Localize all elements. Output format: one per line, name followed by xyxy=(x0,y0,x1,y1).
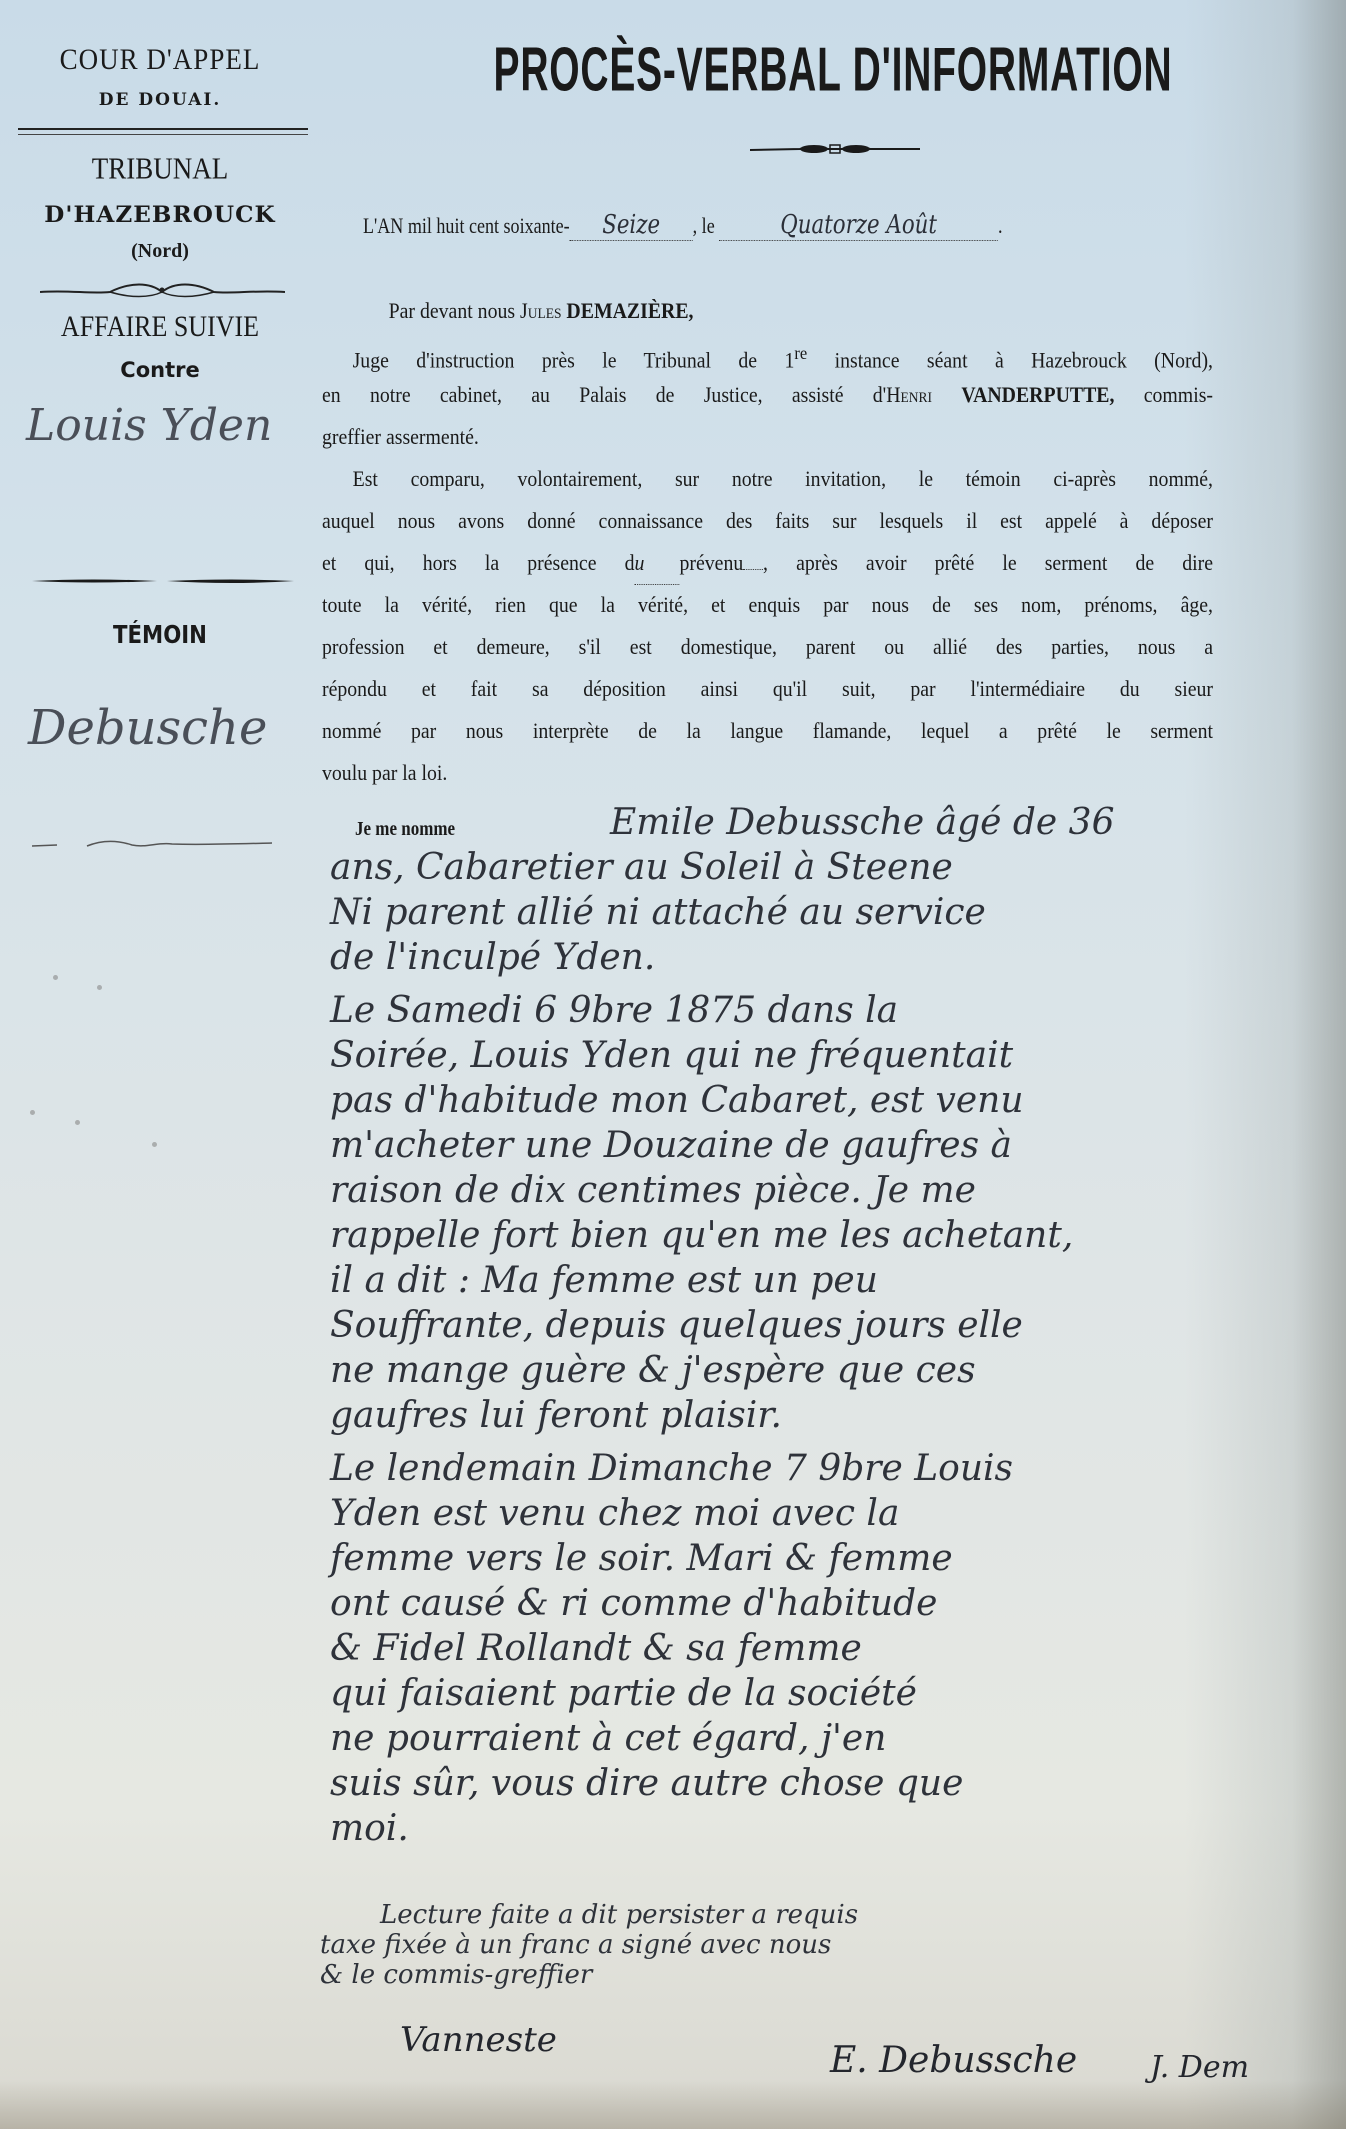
judge-last-name: DEMAZIÈRE, xyxy=(566,298,693,323)
preamble-paragraph-3: Est comparu, volontairement, sur notre i… xyxy=(322,458,1213,794)
text: toute la vérité, rien que la vérité, et … xyxy=(322,584,1213,626)
document-title: PROCÈS-VERBAL D'INFORMATION xyxy=(433,33,1233,106)
ornamental-flourish-icon xyxy=(40,280,285,304)
tribunal-city: D'HAZEBROUCK xyxy=(0,202,328,228)
deposition-line: m'acheter une Douzaine de gaufres à xyxy=(330,1123,1340,1168)
date-prefix: L'AN mil huit cent soixante- xyxy=(363,213,570,238)
main-form: PROCÈS-VERBAL D'INFORMATION L'AN mil hui… xyxy=(320,0,1346,2129)
deposition-line: raison de dix centimes pièce. Je me xyxy=(330,1168,1340,1213)
greffier-signature: Vanneste xyxy=(400,2020,557,2060)
text: voulu par la loi. xyxy=(322,752,1213,794)
deposition-line: Ni parent allié ni attaché au service xyxy=(330,890,1340,935)
tapered-rule-divider xyxy=(32,576,294,586)
deposition-line: il a dit : Ma femme est un peu xyxy=(330,1258,1340,1303)
deposition-line: ans, Cabaretier au Soleil à Steene xyxy=(330,845,1340,890)
closing-line: taxe fixée à un franc a signé avec nous xyxy=(320,1930,1330,1960)
article-field[interactable]: u xyxy=(634,542,679,585)
department-label: (Nord) xyxy=(0,240,320,263)
preamble-paragraph-2: Juge d'instruction près le Tribunal de 1… xyxy=(322,332,1213,458)
text: auquel nous avons donné connaissance des… xyxy=(322,500,1213,542)
contre-label: Contre xyxy=(0,358,320,382)
clerk-last-name: VANDERPUTTE, xyxy=(961,382,1114,407)
paper-spot xyxy=(75,1120,80,1125)
witness-name-handwritten: Debusche xyxy=(28,700,267,756)
paper-spot xyxy=(30,1110,35,1115)
clerk-first-name: Henri xyxy=(886,382,932,407)
deposition-line: Le lendemain Dimanche 7 9bre Louis xyxy=(330,1446,1340,1491)
text: et qui, hors la présence d xyxy=(322,550,634,575)
deposition-line: femme vers le soir. Mari & femme xyxy=(330,1536,1340,1581)
text: profession et demeure, s'il est domestiq… xyxy=(322,626,1213,668)
closing-statement: Lecture faite a dit persister a requis t… xyxy=(320,1900,1330,1990)
text: en notre cabinet, au Palais de Justice, … xyxy=(322,382,886,407)
text: prévenu xyxy=(679,550,743,575)
day-field[interactable]: Quatorze Août xyxy=(719,210,998,241)
deposition-line: moi. xyxy=(330,1806,1340,1851)
margin-column: COUR D'APPEL DE DOUAI. TRIBUNAL D'HAZEBR… xyxy=(0,0,320,2129)
deposition-line: pas d'habitude mon Cabaret, est venu xyxy=(330,1078,1340,1123)
deposition-line: Yden est venu chez moi avec la xyxy=(330,1491,1340,1536)
paper-spot xyxy=(53,975,58,980)
witness-label: TÉMOIN xyxy=(24,620,296,649)
title-ornament-icon xyxy=(750,140,920,158)
document-page: COUR D'APPEL DE DOUAI. TRIBUNAL D'HAZEBR… xyxy=(0,0,1346,2129)
preamble-paragraph-1: Par devant nous Jules DEMAZIÈRE, xyxy=(358,290,1240,332)
text: répondu et fait sa déposition ainsi qu'i… xyxy=(322,668,1213,710)
court-city: DE DOUAI. xyxy=(0,90,320,110)
text: instance séant à Hazebrouck (Nord), xyxy=(807,347,1213,372)
judge-first-name: Jules xyxy=(520,298,561,323)
deposition-line: suis sûr, vous dire autre chose que xyxy=(330,1761,1340,1806)
court-label: COUR D'APPEL xyxy=(0,42,320,76)
year-field[interactable]: Seize xyxy=(570,210,693,241)
affaire-label: AFFAIRE SUIVIE xyxy=(0,310,320,345)
deposition-line: gaufres lui feront plaisir. xyxy=(330,1393,1340,1438)
date-suffix: . xyxy=(998,213,1003,238)
witness-signature: E. Debussche xyxy=(830,2040,1077,2081)
text: , après avoir prêté le serment de dire xyxy=(763,550,1213,575)
closing-line: Lecture faite a dit persister a requis xyxy=(320,1900,1330,1930)
text: greffier assermenté. xyxy=(322,416,1213,458)
deposition-line: ne pourraient à cet égard, j'en xyxy=(330,1716,1340,1761)
deposition-line: Souffrante, depuis quelques jours elle xyxy=(330,1303,1340,1348)
paper-spot xyxy=(97,985,102,990)
deposition-line: Emile Debussche âgé de 36 xyxy=(330,800,1340,845)
paper-spot xyxy=(152,1142,157,1147)
deposition-line: Le Samedi 6 9bre 1875 dans la xyxy=(330,988,1340,1033)
text: nommé par nous interprète de la langue f… xyxy=(322,710,1213,752)
deposition-line: de l'inculpé Yden. xyxy=(330,935,1340,980)
page-edge-shadow xyxy=(0,2080,1346,2129)
deposition-handwritten: Emile Debussche âgé de 36 ans, Cabaretie… xyxy=(330,800,1340,1851)
handwritten-rule-divider xyxy=(32,836,272,850)
double-rule-divider xyxy=(18,128,308,135)
closing-line: & le commis-greffier xyxy=(320,1960,1330,1990)
text: Par devant nous xyxy=(389,298,515,323)
deposition-line: Soirée, Louis Yden qui ne fréquentait xyxy=(330,1033,1340,1078)
date-mid: , le xyxy=(693,213,715,238)
deposition-line: qui faisaient partie de la société xyxy=(330,1671,1340,1716)
deposition-line: & Fidel Rollandt & sa femme xyxy=(330,1626,1340,1671)
plural-field[interactable] xyxy=(743,569,763,570)
deposition-line: ont causé & ri comme d'habitude xyxy=(330,1581,1340,1626)
text: Juge d'instruction près le Tribunal de 1 xyxy=(353,347,795,372)
deposition-line: ne mange guère & j'espère que ces xyxy=(330,1348,1340,1393)
deposition-line: rappelle fort bien qu'en me les achetant… xyxy=(330,1213,1340,1258)
accused-name-handwritten: Louis Yden xyxy=(26,400,272,451)
date-line: L'AN mil huit cent soixante-Seize, le Qu… xyxy=(363,210,1003,241)
text: commis- xyxy=(1114,382,1213,407)
tribunal-label: TRIBUNAL xyxy=(0,151,320,187)
superscript: re xyxy=(794,343,807,363)
text: Est comparu, volontairement, sur notre i… xyxy=(322,458,1213,500)
